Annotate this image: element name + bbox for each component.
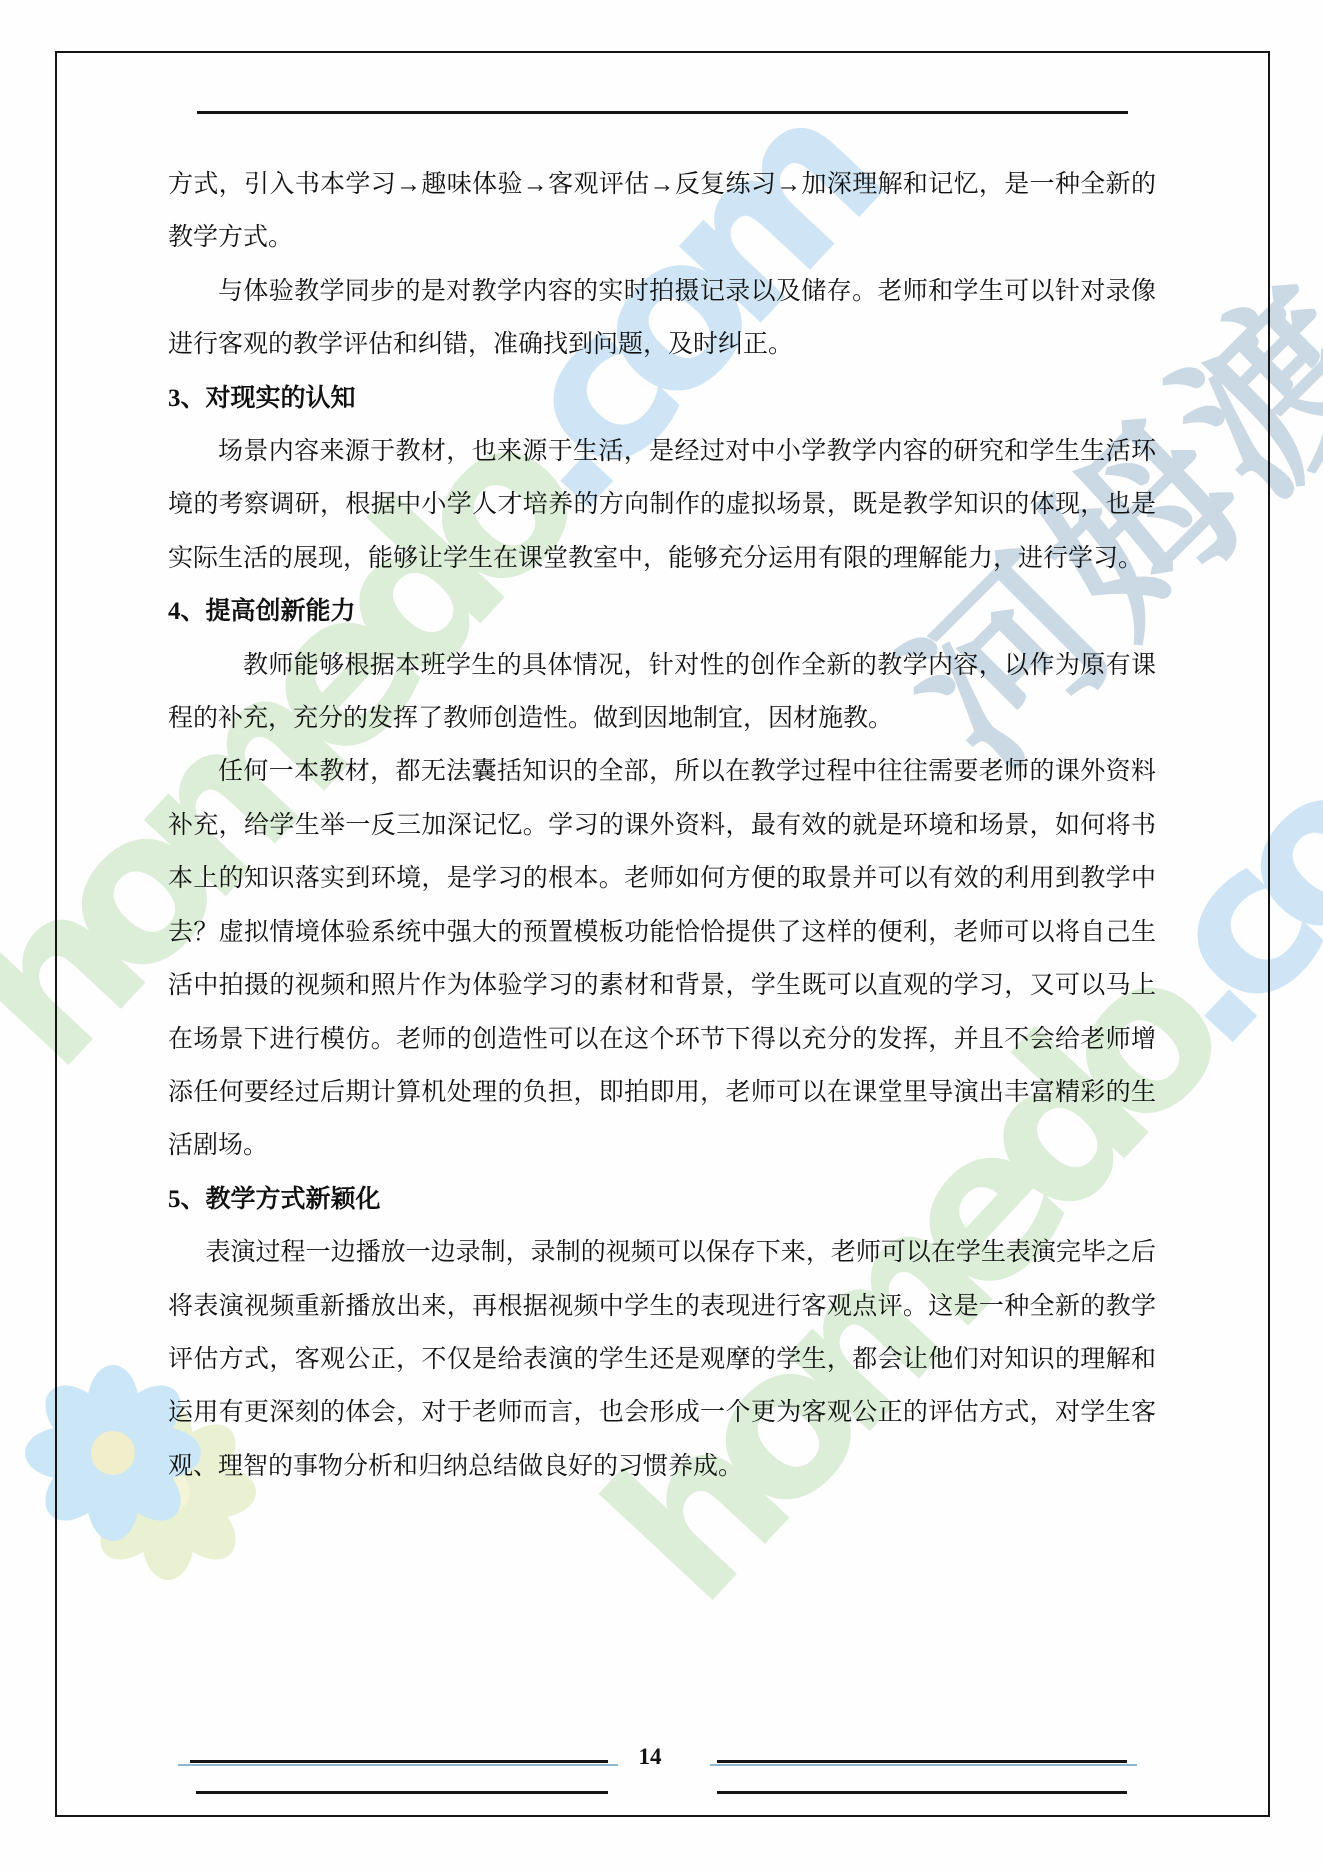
footer-rule-right-top (717, 1760, 1127, 1763)
footer-rule-left-top (190, 1760, 608, 1763)
paragraph-continuation: 方式，引入书本学习→趣味体验→客观评估→反复练习→加深理解和记忆，是一种全新的教… (168, 158, 1156, 265)
footer-rule-right-bottom (717, 1791, 1127, 1794)
footer-rule-right-accent (710, 1764, 1137, 1766)
paragraph: 表演过程一边播放一边录制，录制的视频可以保存下来，老师可以在学生表演完毕之后将表… (168, 1226, 1156, 1493)
body-text: 方式，引入书本学习→趣味体验→客观评估→反复练习→加深理解和记忆，是一种全新的教… (168, 158, 1156, 1493)
header-rule (197, 111, 1128, 114)
paragraph: 任何一本教材，都无法囊括知识的全部，所以在教学过程中往往需要老师的课外资料补充，… (168, 745, 1156, 1172)
footer-rule-left-bottom (196, 1791, 608, 1794)
section-heading-3: 3、对现实的认知 (168, 372, 1156, 425)
footer-rule-left-accent (178, 1764, 618, 1766)
paragraph: 与体验教学同步的是对教学内容的实时拍摄记录以及储存。老师和学生可以针对录像进行客… (168, 265, 1156, 372)
section-heading-5: 5、教学方式新颖化 (168, 1173, 1156, 1226)
page-number: 14 (610, 1744, 690, 1770)
section-heading-4: 4、提高创新能力 (168, 585, 1156, 638)
paragraph: 教师能够根据本班学生的具体情况，针对性的创作全新的教学内容，以作为原有课程的补充… (168, 639, 1156, 746)
paragraph: 场景内容来源于教材，也来源于生活，是经过对中小学教学内容的研究和学生生活环境的考… (168, 425, 1156, 585)
document-page: homedo.com homedo.com 河姆渡 方式，引入书本学习→趣味体验… (0, 0, 1323, 1871)
